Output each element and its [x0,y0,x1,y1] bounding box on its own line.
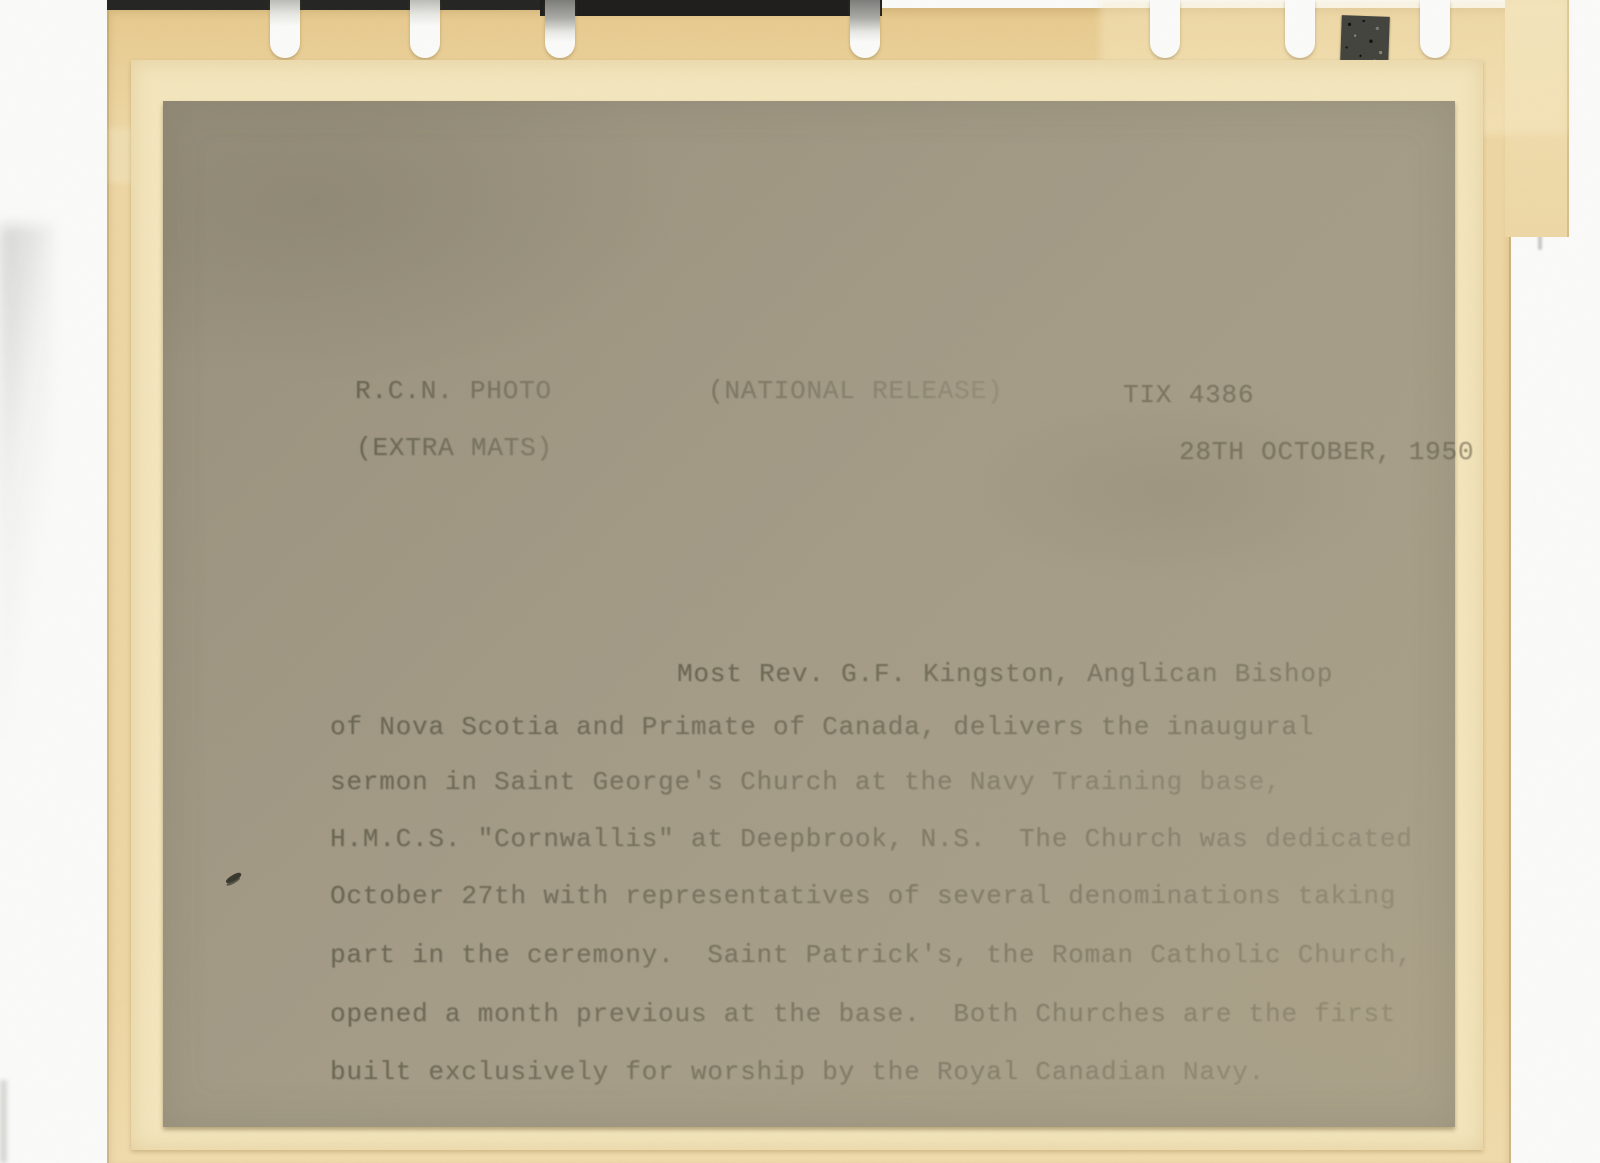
caption-line: of Nova Scotia and Primate of Canada, de… [330,714,1314,740]
punch-hole [410,0,440,58]
punch-hole [1420,0,1450,58]
punch-hole [270,0,300,58]
caption-line: built exclusively for worship by the Roy… [330,1059,1265,1085]
caption-line: October 27th with representatives of sev… [330,883,1396,909]
caption-sheet: R.C.N. PHOTO (NATIONAL RELEASE) TIX 4386… [163,101,1455,1127]
punch-hole [850,0,880,58]
punch-hole [1150,0,1180,58]
scanner-shadow-left [0,225,52,745]
tape-fragment [1340,15,1390,64]
caption-line: part in the ceremony. Saint Patrick's, t… [330,942,1413,968]
caption-line: H.M.C.S. "Cornwallis" at Deepbrook, N.S.… [330,826,1413,852]
mats-note: (EXTRA MATS) [356,435,553,461]
caption-line: opened a month previous at the base. Bot… [330,1001,1396,1027]
scanned-document: R.C.N. PHOTO (NATIONAL RELEASE) TIX 4386… [0,0,1600,1163]
photo-credit: R.C.N. PHOTO [355,378,552,404]
punch-hole [1285,0,1315,58]
caption-line: Most Rev. G.F. Kingston, Anglican Bishop [677,661,1333,687]
typewritten-caption: R.C.N. PHOTO (NATIONAL RELEASE) TIX 4386… [163,101,1455,1127]
punch-hole [545,0,575,58]
caption-line: sermon in Saint George's Church at the N… [330,769,1281,795]
scanner-shadow-bottom-left [0,1080,7,1163]
photo-number: TIX 4386 [1123,382,1254,408]
photo-date: 28TH OCTOBER, 1950 [1179,439,1474,465]
binder-edge-strip-thick [540,0,882,16]
release-note: (NATIONAL RELEASE) [708,378,1003,404]
